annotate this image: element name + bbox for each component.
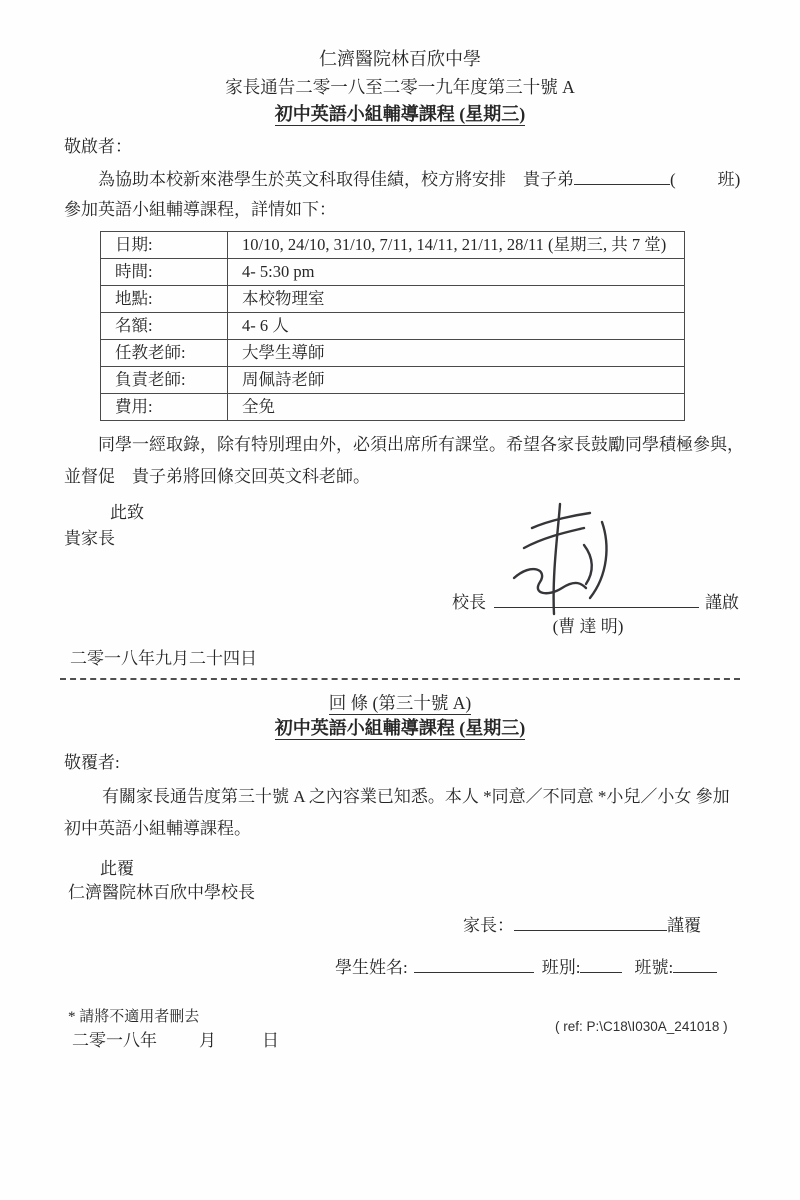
student-name-blank xyxy=(414,955,534,973)
table-row-quota: 名額: 4- 6 人 xyxy=(101,313,685,340)
row-value: 10/10, 24/10, 31/10, 7/11, 14/11, 21/11,… xyxy=(228,232,685,259)
class-number-blank xyxy=(673,955,717,973)
reply-body-line-2: 初中英語小組輔導課程。 xyxy=(64,818,251,840)
row-value: 本校物理室 xyxy=(228,286,685,313)
row-label: 任教老師: xyxy=(101,340,228,367)
class-blank xyxy=(580,955,622,973)
row-value: 周佩詩老師 xyxy=(228,367,685,394)
row-label: 日期: xyxy=(101,232,228,259)
notice-number-line: 家長通告二零一八至二零一九年度第三十號 A xyxy=(0,76,800,99)
parent-respect: 謹覆 xyxy=(667,916,701,935)
day-blank-space xyxy=(216,1045,262,1046)
reply-date-line: 二零一八年月日 xyxy=(72,1030,279,1052)
salutation: 敬啟者： xyxy=(64,136,132,158)
row-value: 4- 5:30 pm xyxy=(228,259,685,286)
spacer xyxy=(534,972,542,973)
intro-text: 為協助本校新來港學生於英文科取得佳績，校方將安排 貴子弟 xyxy=(98,170,574,189)
intro-line-1: 為協助本校新來港學生於英文科取得佳績，校方將安排 貴子弟(班) xyxy=(64,167,754,191)
paragraph-indent xyxy=(64,449,98,450)
notes-line-1: 同學一經取錄，除有特別理由外，必須出席所有課堂。希望各家長鼓勵同學積極參與， xyxy=(64,434,754,456)
table-row-fee: 費用: 全免 xyxy=(101,394,685,421)
closing-recipient: 貴家長 xyxy=(64,528,115,550)
row-label: 時間: xyxy=(101,259,228,286)
principal-sign-respect: 謹啟 xyxy=(705,593,739,612)
school-name: 仁濟醫院林百欣中學 xyxy=(0,48,800,71)
file-reference-note: ( ref: P:\C18\I030A_241018 ) xyxy=(555,1018,728,1036)
notes-line-2: 並督促 貴子弟將回條交回英文科老師。 xyxy=(64,466,370,488)
student-info-line: 學生姓名:班別:班號: xyxy=(335,955,717,979)
course-details-table: 日期: 10/10, 24/10, 31/10, 7/11, 14/11, 21… xyxy=(100,231,685,421)
reply-addressee: 仁濟醫院林百欣中學校長 xyxy=(68,882,255,904)
notice-date: 二零一八年九月二十四日 xyxy=(70,648,257,670)
spacer xyxy=(486,607,494,608)
paragraph-indent xyxy=(64,184,98,185)
table-row-time: 時間: 4- 5:30 pm xyxy=(101,259,685,286)
row-label: 負責老師: xyxy=(101,367,228,394)
reply-date-year: 二零一八年 xyxy=(72,1031,157,1050)
notice-title-wrap: 初中英語小組輔導課程 (星期三) xyxy=(0,103,800,126)
row-label: 地點: xyxy=(101,286,228,313)
principal-signature-blank xyxy=(494,590,699,608)
reply-title: 初中英語小組輔導課程 (星期三) xyxy=(275,718,526,740)
class-number-label: 班號: xyxy=(634,958,673,977)
reply-salutation: 敬覆者: xyxy=(64,752,120,774)
reply-heading: 回 條 (第三十號 A) xyxy=(329,693,471,715)
table-row-tutor: 任教老師: 大學生導師 xyxy=(101,340,685,367)
row-label: 名額: xyxy=(101,313,228,340)
reply-date-day: 日 xyxy=(262,1031,279,1050)
row-label: 費用: xyxy=(101,394,228,421)
spacer xyxy=(622,972,634,973)
reply-closing-cifu: 此覆 xyxy=(100,858,134,880)
scanned-notice-page: 仁濟醫院林百欣中學 家長通告二零一八至二零一九年度第三十號 A 初中英語小組輔導… xyxy=(0,0,800,1200)
student-name-label: 學生姓名: xyxy=(335,958,408,977)
row-value: 全免 xyxy=(228,394,685,421)
intro-line-2: 參加英語小組輔導課程，詳情如下： xyxy=(64,199,336,221)
table-row-venue: 地點: 本校物理室 xyxy=(101,286,685,313)
paren-open: ( xyxy=(670,170,676,189)
paragraph-indent xyxy=(64,801,102,802)
row-value: 大學生導師 xyxy=(228,340,685,367)
principal-sign-label: 校長 xyxy=(452,593,486,612)
notes-text-1: 同學一經取錄，除有特別理由外，必須出席所有課堂。希望各家長鼓勵同學積極參與， xyxy=(98,435,744,454)
parent-sign-line: 家長：謹覆 xyxy=(463,913,701,937)
month-blank-space xyxy=(157,1045,199,1046)
table-row-teacher-in-charge: 負責老師: 周佩詩老師 xyxy=(101,367,685,394)
student-name-blank xyxy=(574,167,670,185)
row-value: 4- 6 人 xyxy=(228,313,685,340)
principal-name: (曹 達 明) xyxy=(498,616,678,638)
class-label: 班別: xyxy=(542,958,581,977)
reply-date-month: 月 xyxy=(199,1031,216,1050)
notice-title: 初中英語小組輔導課程 (星期三) xyxy=(275,104,526,126)
class-suffix: 班) xyxy=(718,170,741,189)
parent-label: 家長： xyxy=(463,916,514,935)
class-blank-space xyxy=(676,184,718,185)
reply-title-wrap: 初中英語小組輔導課程 (星期三) xyxy=(0,717,800,740)
parent-signature-blank xyxy=(514,913,667,931)
delete-inapplicable-footnote: * 請將不適用者刪去 xyxy=(68,1008,199,1028)
reply-body-text-1: 有關家長通告度第三十號 A 之內容業已知悉。本人 *同意／不同意 *小兒／小女 … xyxy=(102,787,730,806)
cut-line-divider xyxy=(60,678,740,680)
principal-sign-line: 校長謹啟 xyxy=(452,590,739,614)
closing-cizhi: 此致 xyxy=(110,502,144,524)
reply-body-line-1: 有關家長通告度第三十號 A 之內容業已知悉。本人 *同意／不同意 *小兒／小女 … xyxy=(64,786,764,808)
reply-heading-wrap: 回 條 (第三十號 A) xyxy=(0,692,800,715)
table-row-date: 日期: 10/10, 24/10, 31/10, 7/11, 14/11, 21… xyxy=(101,232,685,259)
